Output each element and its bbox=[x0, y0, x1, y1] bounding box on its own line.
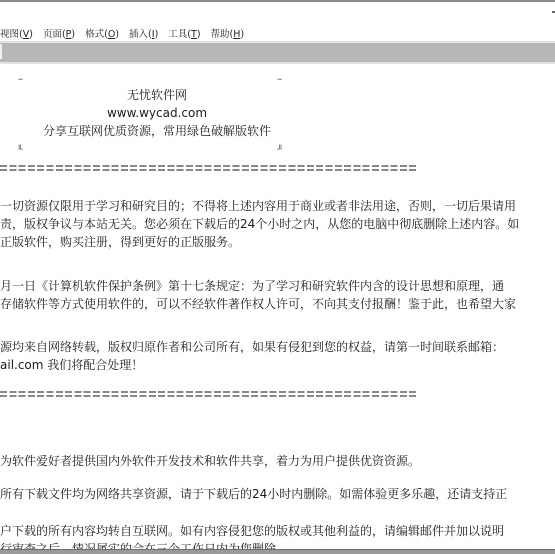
menu-view-label: 视图( bbox=[0, 29, 23, 40]
menu-page-suffix: ) bbox=[71, 29, 75, 40]
menu-tools-label: 工具( bbox=[168, 29, 191, 40]
menu-help-suffix: ) bbox=[240, 29, 244, 40]
document-body[interactable]: ╔---------------------------------------… bbox=[0, 64, 555, 554]
menu-help[interactable]: 帮助(H) bbox=[202, 26, 254, 40]
separator-rule bbox=[0, 165, 418, 171]
menu-insert-suffix: ) bbox=[155, 29, 159, 40]
menu-help-label: 帮助( bbox=[211, 29, 234, 40]
paragraph-line: ail.com 我们将配合处理！ bbox=[0, 356, 143, 374]
paragraph-line: 月一日《计算机软件保护条例》第十七条规定：为了学习和研究软件内含的设计思想和原理… bbox=[0, 277, 504, 295]
menu-format-label: 格式( bbox=[85, 29, 108, 40]
menu-bar: 视图(V) 页面(P) 格式(O) 插入(I) 工具(T) 帮助(H) bbox=[0, 24, 555, 42]
menu-tools-suffix: ) bbox=[197, 29, 201, 40]
status-bar bbox=[0, 549, 555, 554]
window-top-border bbox=[0, 0, 555, 2]
paragraph-line: 户下载的所有内容均转自互联网。如有内容侵犯您的版权或其他利益的，请编辑邮件并加以… bbox=[0, 522, 504, 540]
paragraph-line: 一切资源仅限用于学习和研究目的；不得将上述内容用于商业或者非法用途，否则，一切后… bbox=[0, 197, 516, 215]
menu-view-suffix: ) bbox=[29, 29, 33, 40]
paragraph-line: 所有下载文件均为网络共享资源，请于下载后的24小时内删除。如需体验更多乐趣，还请… bbox=[0, 485, 507, 503]
menu-insert-label: 插入( bbox=[129, 29, 152, 40]
paragraph-line: 责，版权争议与本站无关。您必须在下载后的24个小时之内，从您的电脑中彻底删除上述… bbox=[0, 215, 519, 233]
banner-url: www.wycad.com bbox=[17, 104, 297, 122]
toolbar bbox=[0, 41, 555, 64]
paragraph-line: 存储软件等方式使用软件的，可以不经软件著作权人许可，不向其支付报酬！鉴于此，也希… bbox=[0, 295, 516, 313]
toolbar-grip[interactable] bbox=[0, 44, 2, 59]
banner-bottom-border: ╚---------------------------------------… bbox=[17, 142, 297, 150]
separator-rule bbox=[0, 391, 418, 397]
banner-slogan: 分享互联网优质资源，常用绿色破解版软件 bbox=[17, 122, 297, 140]
banner-top-border: ╔---------------------------------------… bbox=[17, 72, 297, 80]
banner-title: 无忧软件网 bbox=[17, 86, 297, 104]
menu-page-label: 页面( bbox=[43, 29, 66, 40]
paragraph-line: 源均来自网络转载，版权归原作者和公司所有，如果有侵犯到您的权益，请第一时间联系邮… bbox=[0, 338, 504, 356]
paragraph-line: 为软件爱好者提供国内外软件开发技术和软件共享，着力为用户提供优资资源。 bbox=[0, 452, 420, 470]
menu-format-suffix: ) bbox=[115, 29, 119, 40]
paragraph-line: 正版软件，购买注册，得到更好的正版服务。 bbox=[0, 233, 240, 251]
text-editor-window: 视图(V) 页面(P) 格式(O) 插入(I) 工具(T) 帮助(H) ╔---… bbox=[0, 0, 555, 554]
